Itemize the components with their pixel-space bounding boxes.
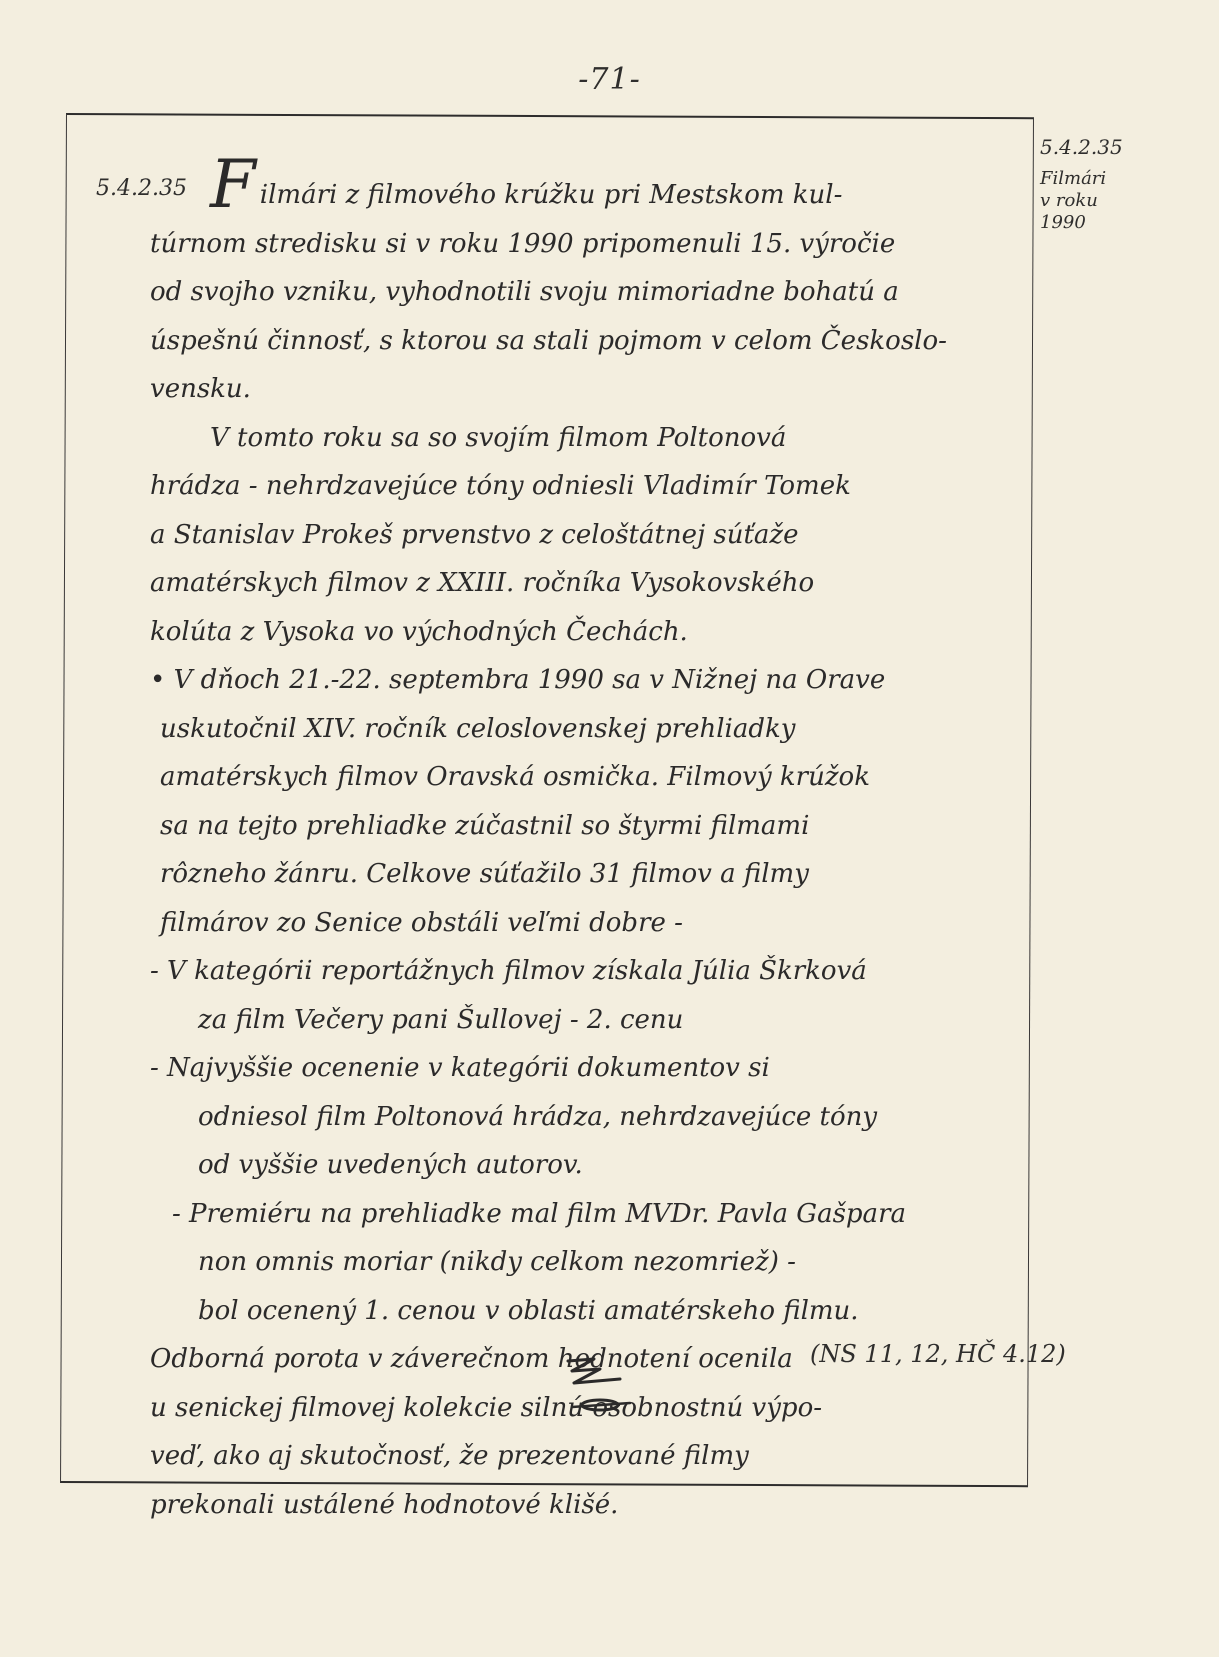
margin-note-line: v roku bbox=[1040, 190, 1210, 212]
text-line: za film Večery pani Šullovej - 2. cenu bbox=[150, 996, 1020, 1045]
text-line: amatérskych filmov Oravská osmička. Film… bbox=[150, 753, 1020, 802]
text-line: V tomto roku sa so svojím filmom Poltono… bbox=[150, 414, 1020, 463]
text-line: filmárov zo Senice obstáli veľmi dobre - bbox=[150, 899, 1020, 948]
text-line: úspešnú činnosť, s ktorou sa stali pojmo… bbox=[150, 317, 1020, 366]
text-line: od svojho vzniku, vyhodnotili svoju mimo… bbox=[150, 268, 1020, 317]
text-fragment: ilmári z filmového krúžku pri Mestskom k… bbox=[260, 180, 843, 210]
text-line: prekonali ustálené hodnotové klišé. bbox=[150, 1481, 1020, 1530]
dash-item: - Premiéru na prehliadke mal film MVDr. … bbox=[150, 1190, 1020, 1239]
dash-item: - Najvyššie ocenenie v kategórii dokumen… bbox=[150, 1044, 1020, 1093]
entry-body: Filmári z filmového krúžku pri Mestskom … bbox=[150, 165, 1020, 1529]
text-line: sa na tejto prehliadke zúčastnil so štyr… bbox=[150, 802, 1020, 851]
page-number: -71- bbox=[0, 62, 1219, 97]
margin-note-date: 5.4.2.35 bbox=[1040, 136, 1210, 158]
text-line: amatérskych filmov z XXIII. ročníka Vyso… bbox=[150, 559, 1020, 608]
source-citation: (NS 11, 12, HČ 4.12) bbox=[810, 1340, 1066, 1368]
text-line: a Stanislav Prokeš prvenstvo z celoštátn… bbox=[150, 511, 1020, 560]
decorative-initial: F bbox=[210, 146, 256, 223]
margin-note: 5.4.2.35 Filmári v roku 1990 bbox=[1040, 136, 1210, 234]
text-line: odniesol film Poltonová hrádza, nehrdzav… bbox=[150, 1093, 1020, 1142]
margin-note-line: 1990 bbox=[1040, 212, 1210, 234]
text-line: hrádza - nehrdzavejúce tóny odniesli Vla… bbox=[150, 462, 1020, 511]
text-line: uskutočnil XIV. ročník celoslovenskej pr… bbox=[150, 705, 1020, 754]
text-line: veď, ako aj skutočnosť, že prezentované … bbox=[150, 1432, 1020, 1481]
text-line: od vyššie uvedených autorov. bbox=[150, 1141, 1020, 1190]
text-line: Filmári z filmového krúžku pri Mestskom … bbox=[150, 165, 1020, 220]
dash-item: - V kategórii reportážnych filmov získal… bbox=[150, 947, 1020, 996]
text-line: non omnis moriar (nikdy celkom nezomriež… bbox=[150, 1238, 1020, 1287]
signature-flourish-icon bbox=[560, 1355, 640, 1425]
text-line: túrnom stredisku si v roku 1990 pripomen… bbox=[150, 220, 1020, 269]
text-line: kolúta z Vysoka vo východných Čechách. bbox=[150, 608, 1020, 657]
margin-note-line: Filmári bbox=[1040, 168, 1210, 190]
bullet-line: • V dňoch 21.-22. septembra 1990 sa v Ni… bbox=[150, 656, 1020, 705]
text-line: bol ocenený 1. cenou v oblasti amatérske… bbox=[150, 1287, 1020, 1336]
text-line: vensku. bbox=[150, 365, 1020, 414]
text-line: rôzneho žánru. Celkove súťažilo 31 filmo… bbox=[150, 850, 1020, 899]
